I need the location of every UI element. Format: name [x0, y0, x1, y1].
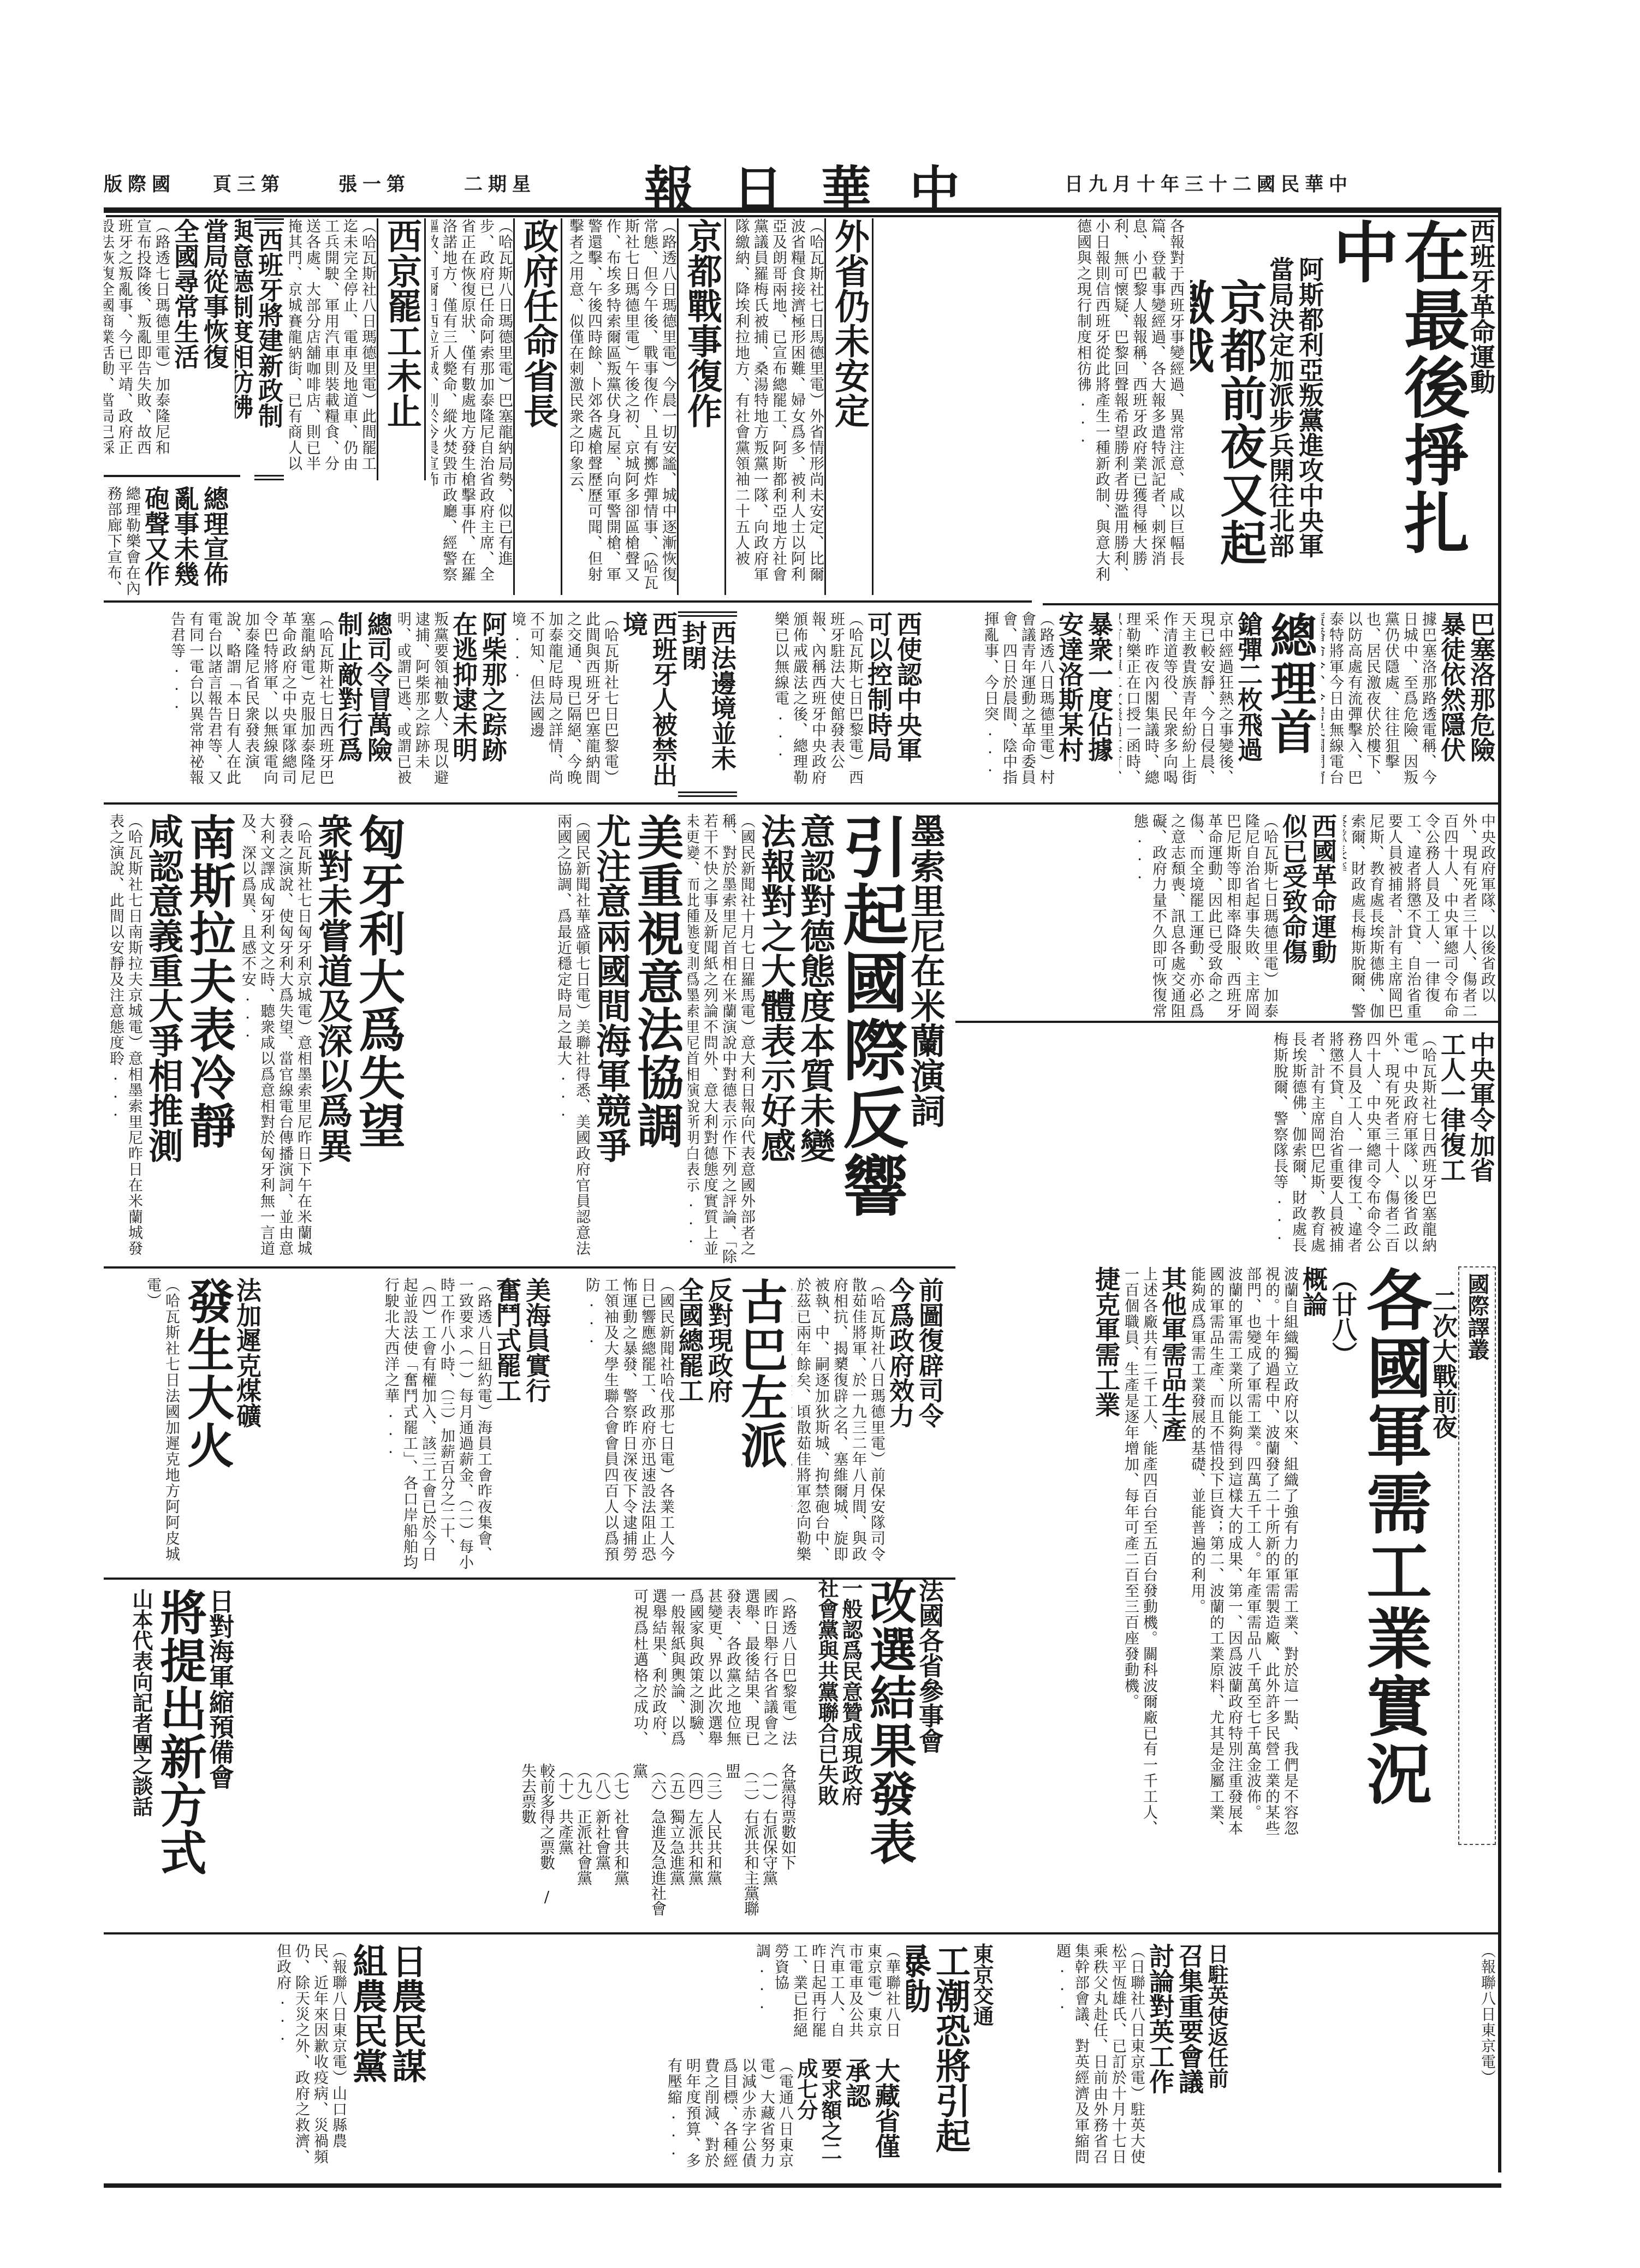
yugoslavia-headline: 南斯拉夫表冷靜 [182, 813, 235, 1266]
envoy-headline: 西使認中央軍 [893, 611, 923, 797]
barcelona-sub: 暴徒依然隱伏 [1437, 611, 1466, 797]
mussolini-sub2: 法報對之大體表示好感 [756, 813, 795, 1266]
transit-body-text: 東京市電車及公共汽車工人、自昨日起再行罷工、業已拒絕勞資協調... [753, 1943, 882, 2038]
table-row: （三）人民共和黨 [704, 1763, 723, 1927]
elections-kicker: 法國各省參事會 [915, 1578, 944, 1927]
seamen-dateline: （路透八日紐約電） [475, 1277, 492, 1420]
article-hungary: 匈牙利大爲失望 衆對未嘗道及深以爲異 （哈瓦斯社七日匈牙利京城電）意相墨索里尼昨… [240, 813, 404, 1266]
article-mussolini: 墨索里尼在米蘭演詞 引起國際反響 意認對德態度本質未變 法報對之大體表示好感 （… [688, 813, 944, 1266]
ambassador-sub1: 日駐英使返任前 [1204, 1943, 1228, 2178]
article-capital: 京都戰事復作 （路透八日瑪德里電）今晨一切安謐、城中逐漸恢復常態、但今午後、戰事… [568, 218, 726, 595]
article-provinces: 外省仍未安定 （哈瓦斯社七日馬德里電）外省情形尚未安定、比爾波省糧食接濟極形困難… [732, 218, 874, 595]
article-governor: 政府任命省長 （哈瓦斯八日瑪德里電）巴塞龍納局勢、似已有進步、政府已任命阿索那加… [431, 218, 562, 595]
daily-sub: 全國尋常生活 [170, 218, 200, 469]
article-japan-farmers: 日農民謀 組農民黨 （報聯八日東京電）山口縣農民、近年來因歉收疫病、災禍頻仍、除… [104, 1943, 426, 2178]
table-note: 較前多得之票數 / 失去票數 [519, 1763, 556, 1927]
daily-headline: 當局從事恢復 [200, 218, 229, 469]
lead-sub1: 阿斯都利亞叛黨進攻中央軍 [1295, 218, 1324, 595]
military-body2: 波蘭的軍需工業所以能夠得到這樣大的成果、第一、因爲波蘭政府特別注重發展本國的軍需… [1187, 1266, 1243, 1845]
article-azana: 阿柴那之踪跡 在逃抑逮未明 叛黨要領袖數人、現以避逮捕、阿柴那之踪跡未明、或謂已… [399, 611, 508, 797]
provinces-dateline: （哈瓦斯社七日馬德里電） [807, 218, 824, 408]
commander-body: 克服加泰隆尼革命政府之中央軍隊總司令巴特將軍、以無線電向加泰隆尼省民衆發表演說、… [168, 611, 315, 785]
envoy-sub: 可以控制時局 [864, 611, 893, 797]
commander-sub: 制止敵對行爲 [334, 611, 364, 797]
finance-headline: 大藏省僅承認 [842, 2058, 901, 2178]
regime-sub: 與意德制度相彷彿 [235, 218, 254, 480]
farmers-dateline: （報聯八日東京電） [330, 1943, 347, 2086]
article-tokyo-transit: 東京交通 工潮恐將引起暴動 警察千名派出監視戒備萬一 [906, 1943, 994, 2178]
strike-dateline: （哈瓦斯社八日瑪德里電） [359, 218, 376, 408]
military-headline: 各國軍需工業實況 [1358, 1266, 1429, 1845]
divider [104, 600, 1032, 603]
border-body: 此間與西班牙巴塞龍納間之交通、現已隔絕、今晚加泰龍尼時局之詳情、尚不可知、但法國… [513, 611, 600, 785]
resume-body: 中央政府軍隊、以後省政以外、現有死者三十人、傷者二百四十人、中央軍總司令布命令公… [1271, 1032, 1418, 1253]
fire-dateline: （哈瓦斯社七日法國加遲克地方阿阿皮城電） [143, 1277, 180, 1572]
fatal-body: 加泰隆尼自治省起事失敗、主席岡巴尼斯等即相率降服、西班牙革命運動、因此已受致命之… [1131, 813, 1278, 1019]
lead-headline: 在最後掙扎中 [1324, 218, 1466, 595]
azana-body: 叛黨要領袖數人、現以避逮捕、阿柴那之踪跡未明、或謂已逃、或謂已被捕、正設法搜其人… [399, 611, 449, 797]
farmers-headline: 日農民謀 [387, 1943, 426, 2178]
lead-sub3: 京都前夜又起激戰 [1190, 218, 1265, 595]
daily-dateline: （路透七日瑪德里電） [153, 218, 170, 377]
article-cuba: 古巴左派 反對現政府 全國總罷工 （國民新聞社哈伐那七日電）各業工人今日已響應總… [557, 1277, 786, 1572]
divider [104, 1932, 1501, 1934]
newspaper-title: 中華日報 [644, 150, 998, 222]
transit-headline: 工潮恐將引起暴動 [906, 1943, 970, 2178]
article-restoration: 前圖復辟司令 今爲政府效力 （哈瓦斯社八日瑪德里電）前保安隊司令散茹佳將軍、於一… [792, 1277, 944, 1572]
hungary-dateline: （哈瓦斯社七日匈牙利京城電） [295, 813, 312, 1035]
table-row: （二）右派共和主黨聯盟 [723, 1763, 760, 1927]
article-premier: 總理首 鎗彈二枚飛過 京中經過狂熱之事變後、現已較安靜、今日侵晨、天主教貴族青年… [1119, 611, 1316, 797]
military-continuation [950, 1850, 1496, 1927]
regime-body-cont: 各報對于西班牙事變經過、異常注意、咸以巨幅長篇、登載事變經過、各大報多遣特派記者… [1074, 218, 1184, 582]
elections-body: （路透八日巴黎電）法國昨日舉行各省議會之選舉、最後結果、現已發表、各政黨之地位無… [240, 1588, 797, 1752]
barcelona-body: 據巴塞洛那路透電稱、今日城中、至爲危險、因叛黨仍伏隱處、往往狙擊也、居民激夜伏於… [1321, 611, 1437, 797]
restoration-headline: 前圖復辟司令 [915, 1277, 944, 1572]
finance-sub: 要求額之二成七分 [794, 2058, 842, 2178]
fatal-headline: 西國革命運動 [1308, 813, 1338, 1021]
mussolini-kicker: 墨索里尼在米蘭演詞 [905, 813, 944, 1266]
fatal-prev-body: 中央政府軍隊、以後省政以外、現有死者三十人、傷者二百四十人、中央軍總司令布命令公… [1343, 813, 1496, 1021]
military-section3: 捷克軍需工業 [1091, 1266, 1121, 1845]
seamen-headline: 美海員實行 [522, 1277, 551, 1572]
border-headline: 西法邊境並未封閉 [678, 611, 737, 797]
newspaper-page: 國際版 第三頁 第一張 星期二 中華日報 中華民國二十三年十月九日 西班牙革命運… [104, 147, 1501, 2183]
mussolini-dateline: （國民新聞社十月七日羅馬電） [738, 813, 755, 1035]
issue-date: 中華民國二十三年十月九日 [1065, 169, 1353, 196]
military-body3: 上述各廠共有二千工人、能產四百台至五百台發動機。關科波爾廠已有一千工人、一百個職… [1121, 1266, 1158, 1845]
masthead: 國際版 第三頁 第一張 星期二 中華日報 中華民國二十三年十月九日 [104, 147, 1501, 213]
us-sub: 尤注意兩國間海軍競爭 [591, 813, 630, 1266]
restoration-sub: 今爲政府效力 [886, 1277, 915, 1572]
elections-table: 各黨得票數如下 （一）右派保守黨 （二）右派共和主黨聯盟 （三）人民共和黨 （四… [240, 1763, 797, 1927]
transit-body: （華聯社八日東京電）東京市電車及公共汽車工人、自昨日起再行罷工、業已拒絕勞資協調… [431, 1943, 901, 2052]
article-envoy: 西使認中央軍 可以控制時局 （哈瓦斯七日巴黎電）西班牙駐法大使館發表公報、內稱西… [742, 611, 923, 797]
ambassador-sub2: 討論對英工作 [1145, 1943, 1175, 2178]
fire-kicker: 法加遲克煤礦 [233, 1277, 262, 1572]
military-section2: 其他軍需品生產 [1158, 1266, 1187, 1845]
table-row: （一）右派保守黨 [760, 1763, 779, 1927]
navy-kicker: 日對海軍縮預備會 [205, 1588, 235, 1927]
article-us-view: 美重視意法協調 尤注意兩國間海軍競爭 （國民新聞社華盛頓七日電）美聯社得悉、美國… [409, 813, 682, 1266]
divider [104, 475, 240, 477]
village-headline: 暴衆一度佔據 [1084, 611, 1114, 797]
martial-headline: 總理宣佈亂事未幾砲聲又作 [141, 486, 229, 600]
restoration-dateline: （哈瓦斯社八日瑪德里電） [868, 1277, 885, 1467]
table-intro: 各黨得票數如下 [779, 1763, 797, 1927]
divider [104, 1266, 955, 1269]
table-row: （十）共產黨 [556, 1763, 574, 1927]
fire-headline: 發生大火 [180, 1277, 233, 1572]
farmers-sub: 組農民黨 [347, 1943, 387, 2178]
section-name: 國際版 [104, 169, 176, 196]
border-dateline: （哈瓦斯社七日巴黎電） [602, 611, 619, 785]
page-number: 第三頁 [213, 169, 285, 196]
governor-headline: 政府任命省長 [513, 218, 562, 595]
elections-body-text: 法國昨日舉行各省議會之選舉、最後結果、現已發表、各政黨之地位無甚變更、界以此次選… [631, 1588, 797, 1747]
resume-headline: 中央軍令加省 [1466, 1032, 1496, 1261]
military-part: （廿八） [1328, 1266, 1358, 1845]
article-martial: 總理宣佈亂事未幾砲聲又作 總理勒樂會在內務部廊下宣布、加泰隆尼與阿斯特里亞之叛亂… [104, 486, 229, 600]
strike-headline: 西京罷工未止 [377, 218, 426, 480]
article-fire: 法加遲克煤礦 發生大火 （哈瓦斯社七日法國加遲克地方阿阿皮城電） [104, 1277, 262, 1572]
envoy-dateline: （哈瓦斯七日巴黎電） [846, 611, 863, 770]
cuba-headline: 古巴左派 [734, 1277, 786, 1572]
article-finance: 大藏省僅承認 要求額之二成七分 （電通八日東京電）大藏省努力以減少赤字公債爲目標… [431, 2058, 901, 2178]
lead-kicker: 西班牙革命運動 [1466, 218, 1496, 595]
divider [1043, 603, 1501, 605]
mussolini-headline: 引起國際反響 [834, 813, 905, 1266]
lead-sub2: 當局決定加派步兵開往北部 [1265, 218, 1295, 595]
series-tag: 國際譯叢 [1458, 1266, 1496, 1845]
article-bottom-right: （報聯八日東京電） [1234, 1943, 1496, 2178]
us-dateline: （國民新聞社華盛頓七日電） [573, 813, 590, 1019]
ambassador-headline: 召集重要會議 [1175, 1943, 1204, 2178]
article-commander: 總司令冒萬險 制止敵對行爲 （哈瓦斯社七日西班牙巴塞龍納電）克服加泰隆尼革命政府… [104, 611, 393, 797]
fatal-dateline: （哈瓦斯七日瑪德里電） [1261, 813, 1278, 987]
elections-sub1: 一般認爲民意贊成現政府 [839, 1578, 863, 1927]
divider [104, 802, 1501, 805]
article-village: 暴衆一度佔據 安達洛斯某村 （路透八日瑪德里電）村會議青年運動之革命委員會、四日… [928, 611, 1114, 797]
military-body1: 波蘭自組織獨立政府以來、組織了強有力的軍需工業、對於這一點、我們是不容忽視的。十… [1243, 1266, 1299, 1845]
military-section1: 概論 [1299, 1266, 1328, 1845]
article-border: 西法邊境並未封閉 西班牙人被禁出境 （哈瓦斯社七日巴黎電）此間與西班牙巴塞龍納間… [513, 611, 737, 797]
weekday: 星期二 [464, 169, 536, 196]
capital-headline: 京都戰事復作 [677, 218, 726, 595]
us-headline: 美重視意法協調 [630, 813, 682, 1266]
premier-sub: 鎗彈二枚飛過 [1234, 611, 1263, 797]
cuba-sub2: 全國總罷工 [675, 1277, 704, 1572]
article-french-elections: 法國各省參事會 改選結果發表 一般認爲民意贊成現政府 社會黨與共黨聯合已失敗 [803, 1578, 944, 1927]
yugoslavia-dateline: （哈瓦斯社七日南斯拉夫京城電） [126, 813, 142, 1051]
provinces-headline: 外省仍未安定 [824, 218, 874, 595]
article-yugoslavia: 南斯拉夫表冷靜 咸認意義重大爭相推測 （哈瓦斯社七日南斯拉夫京城電）意相墨索里尼… [104, 813, 235, 1266]
ambassador-dateline: （日聯社八日東京電） [1128, 1943, 1145, 2102]
table-row: （四）左派共和黨 [686, 1763, 704, 1927]
resume-sub: 工人一律復工 [1437, 1032, 1466, 1261]
village-sub: 安達洛斯某村 [1055, 611, 1084, 797]
navy-headline: 將提出新方式 [153, 1588, 205, 1927]
premier-body: 京中經過狂熱之事變後、現已較安靜、今日侵晨、天主教貴族青年紛紛上街作清道等役、民… [1119, 611, 1234, 797]
elections-dateline: （路透八日巴黎電） [780, 1588, 797, 1731]
table-row: （七）社會共和黨 [611, 1763, 630, 1927]
military-kicker: 二次大戰前夜 [1429, 1266, 1458, 1845]
article-japan-navy: 日對海軍縮預備會 將提出新方式 山本代表向記者團之談話 [104, 1588, 235, 1927]
article-fatal-blow-left: 中央政府軍隊、以後省政以外、現有死者三十人、傷者二百四十人、中央軍總司令布命令公… [1343, 813, 1496, 1021]
cuba-sub1: 反對現政府 [704, 1277, 734, 1572]
article-strike: 西京罷工未止 （哈瓦斯社八日瑪德里電）此間罷工迄未完全停止、電車及地道車、仍由工… [289, 218, 426, 480]
commander-headline: 總司令冒萬險 [364, 611, 393, 797]
table-row: （五）獨立急進黨 [667, 1763, 686, 1927]
cuba-dateline: （國民新聞社哈伐那七日電） [657, 1277, 674, 1483]
village-dateline: （路透八日瑪德里電） [1037, 611, 1054, 770]
regime-headline: 西班牙將建新政制 [254, 218, 284, 480]
mussolini-sub1: 意認對德態度本質未變 [795, 813, 834, 1266]
azana-headline: 阿柴那之踪跡 [478, 611, 508, 797]
lead-continuation: 各報對于西班牙事變經過、異常注意、咸以巨幅長篇、登載事變經過、各大報多遣特派記者… [879, 218, 1185, 595]
article-resume-work: 中央軍令加省 工人一律復工 （哈瓦斯社七日西班牙巴塞龍納電）中央政府軍隊、以後省… [950, 1032, 1496, 1261]
article-us-seamen: 美海員實行 奮鬥式罷工 （路透八日紐約電）海員工會昨夜集會、一致要求（一）每月通… [268, 1277, 551, 1572]
table-row: （九）正派社會黨 [574, 1763, 593, 1927]
governor-dateline: （哈瓦斯八日瑪德里電） [496, 218, 513, 392]
fatal-sub: 似已受致命傷 [1279, 813, 1308, 1021]
seamen-sub: 奮鬥式罷工 [492, 1277, 522, 1572]
page-border [1498, 207, 1501, 2172]
article-military-industry: 國際譯叢 二次大戰前夜 各國軍需工業實況 （廿八） 概論 波蘭自組織獨立政府以來… [950, 1266, 1496, 1845]
article-regime: 西班牙將建新政制 與意德制度相彷彿 [235, 218, 284, 480]
bottom-border [104, 2183, 1501, 2188]
capital-dateline: （路透八日瑪德里電） [659, 218, 676, 377]
hungary-headline: 匈牙利大爲失望 [352, 813, 404, 1266]
divider [955, 1021, 1501, 1023]
transit-kicker: 東京交通 [970, 1943, 994, 2178]
table-row: （八）新社會黨 [593, 1763, 611, 1927]
sheet-number: 第一張 [338, 169, 411, 196]
article-daily-life: 當局從事恢復 全國尋常生活 （路透七日瑪德里電）加泰隆尼和宣布投降後、叛亂即告失… [104, 218, 229, 469]
article-ambassador: 日駐英使返任前 召集重要會議 討論對英工作 （日聯社八日東京電）駐英大使松平恆雄… [999, 1943, 1228, 2178]
navy-body-cont: （報聯八日東京電） [1477, 1943, 1496, 2178]
elections-sub2: 社會黨與共黨聯合已失敗 [815, 1578, 839, 1927]
article-lead: 西班牙革命運動 在最後掙扎中 阿斯都利亞叛黨進攻中央軍 當局決定加派步兵開往北部… [1190, 218, 1496, 595]
navy-sub: 山本代表向記者團之談話 [129, 1588, 153, 1927]
azana-sub: 在逃抑逮未明 [449, 611, 478, 797]
table-row: （六）急進及急進社會黨 [630, 1763, 667, 1927]
elections-headline: 改選結果發表 [863, 1578, 915, 1927]
yugoslavia-sub: 咸認意義重大爭相推測 [143, 813, 182, 1266]
article-barcelona: 巴塞洛那危險 暴徒依然隱伏 據巴塞洛那路透電稱、今日城中、至爲危險、因叛黨仍伏隱… [1321, 611, 1496, 797]
barcelona-headline: 巴塞洛那危險 [1466, 611, 1496, 797]
hungary-sub: 衆對未嘗道及深以爲異 [312, 813, 352, 1266]
martial-body: 總理勒樂會在內務部廊下宣布、加泰隆尼與阿斯特里亞之叛亂已在政府控制之下、乃未全體… [104, 486, 141, 600]
border-sub: 西班牙人被禁出境 [619, 611, 678, 797]
article-fatal-blow: 西國革命運動 似已受致命傷 （哈瓦斯七日瑪德里電）加泰隆尼自治省起事失敗、主席岡… [944, 813, 1338, 1021]
premier-headline: 總理首 [1263, 611, 1316, 797]
